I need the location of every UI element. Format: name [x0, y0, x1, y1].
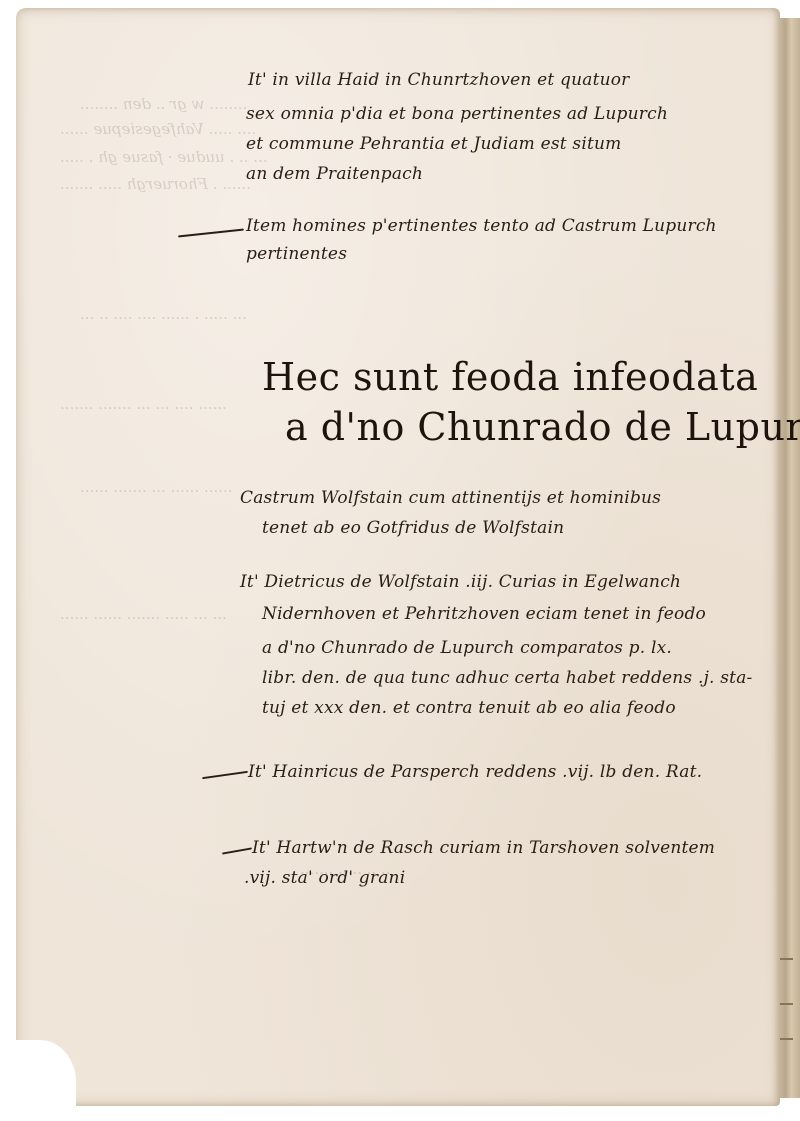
- bleed-through-text: ...... . Fhoruergh ..... .......: [60, 175, 251, 193]
- bleed-through-text: ... .. . uudue · fasue gh . .....: [60, 148, 268, 166]
- bleed-through-text: ... ... ..... ....... ...... ......: [60, 605, 227, 623]
- bleed-through-text: ........ w gr .. den ........: [80, 95, 247, 113]
- manuscript-line: et commune Pehrantia et Judiam est situm: [246, 134, 621, 154]
- manuscript-line: pertinentes: [246, 244, 347, 264]
- section-heading: Hec sunt feoda infeodata: [262, 355, 758, 399]
- manuscript-line: It' Hainricus de Parsperch reddens .vij.…: [248, 762, 702, 782]
- bleed-through-text: ...... ...... ... ....... ......: [80, 478, 233, 496]
- manuscript-line: Castrum Wolfstain cum attinentijs et hom…: [240, 488, 661, 508]
- manuscript-line: Nidernhoven et Pehritzhoven eciam tenet …: [262, 604, 706, 624]
- manuscript-line: .vij. sta' ord' grani: [244, 868, 405, 888]
- manuscript-line: libr. den. de qua tunc adhuc certa habet…: [262, 668, 752, 688]
- manuscript-line: Item homines p'ertinentes tento ad Castr…: [246, 216, 717, 236]
- manuscript-line: tenet ab eo Gotfridus de Wolfstain: [262, 518, 564, 538]
- bleed-through-text: .... ..... Vahfegesiepue ......: [60, 120, 256, 138]
- bleed-through-text: ...... .... ... ... ....... .......: [60, 395, 227, 413]
- manuscript-line: sex omnia p'dia et bona pertinentes ad L…: [246, 104, 668, 124]
- manuscript-line: It' in villa Haid in Chunrtzhoven et qua…: [248, 70, 630, 90]
- manuscript-line: It' Dietricus de Wolfstain .iij. Curias …: [240, 572, 681, 592]
- manuscript-line: It' Hartw'n de Rasch curiam in Tarshoven…: [252, 838, 715, 858]
- bleed-through-text: ... ..... . ...... .... .... .. ...: [80, 305, 247, 323]
- section-heading: a d'no Chunrado de Lupurch: [285, 405, 800, 449]
- manuscript-line: a d'no Chunrado de Lupurch comparatos p.…: [262, 638, 672, 658]
- manuscript-line: an dem Praitenpach: [246, 164, 423, 184]
- manuscript-line: tuj et xxx den. et contra tenuit ab eo a…: [262, 698, 676, 718]
